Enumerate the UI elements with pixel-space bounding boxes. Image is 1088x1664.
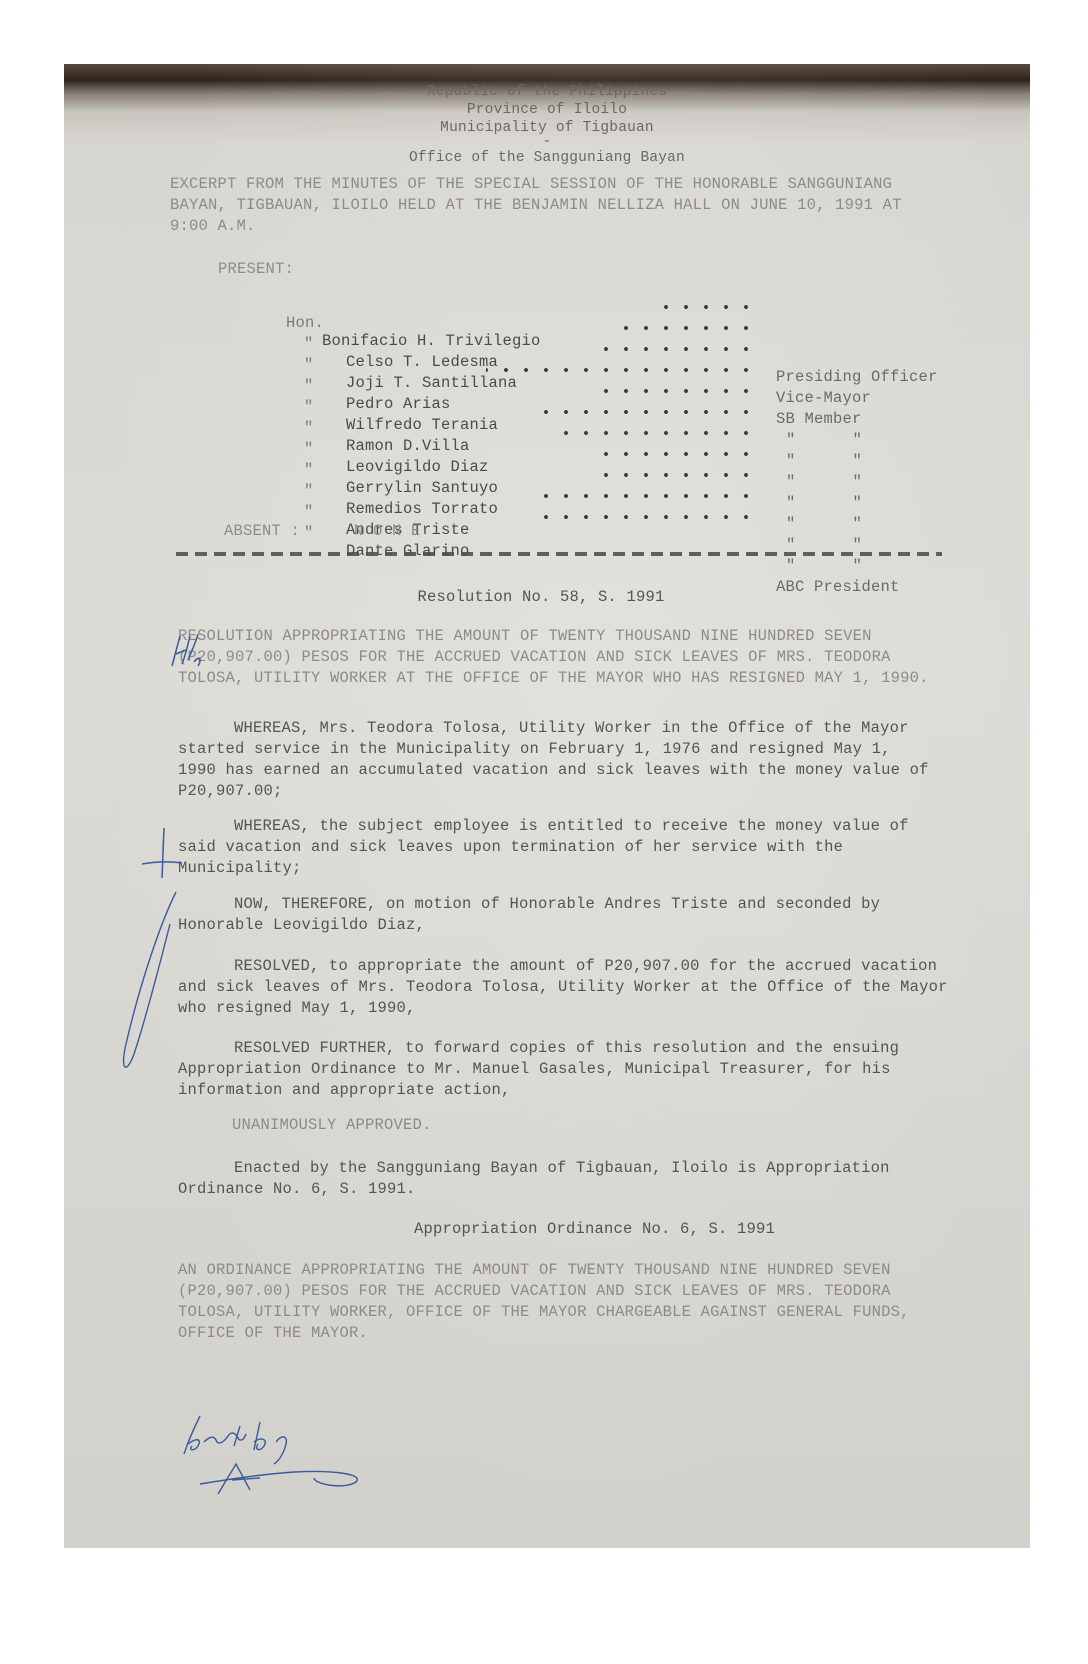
member-role: Vice-Mayor — [776, 389, 871, 407]
whereas-clause-1: WHEREAS, Mrs. Teodora Tolosa, Utility Wo… — [178, 718, 938, 802]
member-row: " Andres Triste " " — [286, 485, 362, 506]
approval-statement: UNANIMOUSLY APPROVED. — [232, 1116, 432, 1134]
resolution-heading: RESOLUTION APPROPRIATING THE AMOUNT OF T… — [178, 626, 938, 689]
member-role: " " — [786, 473, 862, 491]
header-republic: Republic of the Philippines — [64, 84, 1030, 100]
section-divider — [176, 552, 942, 556]
leader-dots — [486, 367, 756, 373]
typewritten-document: Republic of the Philippines Province of … — [64, 64, 1030, 1548]
leader-dots — [536, 514, 756, 520]
leader-dots — [656, 304, 756, 310]
member-name: Joji T. Santillana — [346, 374, 517, 392]
header-divider: - — [64, 134, 1030, 150]
leader-dots — [596, 472, 756, 478]
leader-dots — [596, 346, 756, 352]
ordinance-heading: AN ORDINANCE APPROPRIATING THE AMOUNT OF… — [178, 1260, 938, 1344]
reviewed-by-label: Reviewed by: — [184, 1424, 304, 1464]
member-row: " Gerrylin Santuyo " " — [286, 443, 362, 464]
member-role: SB Member — [776, 410, 862, 428]
member-name: Dante Glarino — [346, 542, 470, 560]
member-name: Celso T. Ledesma — [346, 353, 498, 371]
member-role: " " — [786, 557, 862, 575]
now-therefore-clause: NOW, THEREFORE, on motion of Honorable A… — [178, 894, 948, 936]
member-name: Remedios Torrato — [346, 500, 498, 518]
member-row: " Remedios Torrato " " — [286, 464, 362, 485]
member-row: Hon. Bonifacio H. Trivilegio Presiding O… — [286, 296, 362, 317]
ordinance-title: Appropriation Ordinance No. 6, S. 1991 — [414, 1220, 775, 1238]
absent-value: N O N E — [354, 522, 421, 540]
member-role: " " — [786, 515, 862, 533]
enacted-statement: Enacted by the Sangguniang Bayan of Tigb… — [178, 1158, 978, 1200]
member-row: " Ramon D.Villa " " — [286, 401, 362, 422]
leader-dots — [536, 409, 756, 415]
resolved-further-clause: RESOLVED FURTHER, to forward copies of t… — [178, 1038, 978, 1101]
leader-dots — [536, 493, 756, 499]
member-name: Ramon D.Villa — [346, 437, 470, 455]
excerpt-text: EXCERPT FROM THE MINUTES OF THE SPECIAL … — [170, 174, 930, 237]
leader-dots — [556, 430, 756, 436]
present-label: PRESENT: — [218, 260, 294, 278]
member-role: " " — [786, 494, 862, 512]
member-row: " Celso T. Ledesma Vice-Mayor — [286, 317, 362, 338]
member-row: " Leovigildo Diaz " " — [286, 422, 362, 443]
member-name: Leovigildo Diaz — [346, 458, 489, 476]
leader-dots — [616, 325, 756, 331]
absent-label: ABSENT : — [224, 522, 300, 540]
leader-dots — [596, 388, 756, 394]
leader-dots — [596, 451, 756, 457]
member-row: " Wilfredo Terania " " — [286, 380, 362, 401]
member-role: " " — [786, 452, 862, 470]
member-name: Wilfredo Terania — [346, 416, 498, 434]
whereas-clause-2: WHEREAS, the subject employee is entitle… — [178, 816, 938, 879]
member-prefix: " — [304, 524, 334, 542]
resolved-clause: RESOLVED, to appropriate the amount of P… — [178, 956, 948, 1019]
header-province: Province of Iloilo — [64, 102, 1030, 118]
resolution-title: Resolution No. 58, S. 1991 — [64, 588, 1024, 606]
document-photo: Republic of the Philippines Province of … — [64, 64, 1030, 1548]
header-office: Office of the Sangguniang Bayan — [64, 150, 1030, 166]
member-role: Presiding Officer — [776, 368, 938, 386]
member-name: Gerrylin Santuyo — [346, 479, 498, 497]
member-row: " Joji T. Santillana SB Member — [286, 338, 362, 359]
member-row: " Pedro Arias " " — [286, 359, 362, 380]
member-role: " " — [786, 431, 862, 449]
